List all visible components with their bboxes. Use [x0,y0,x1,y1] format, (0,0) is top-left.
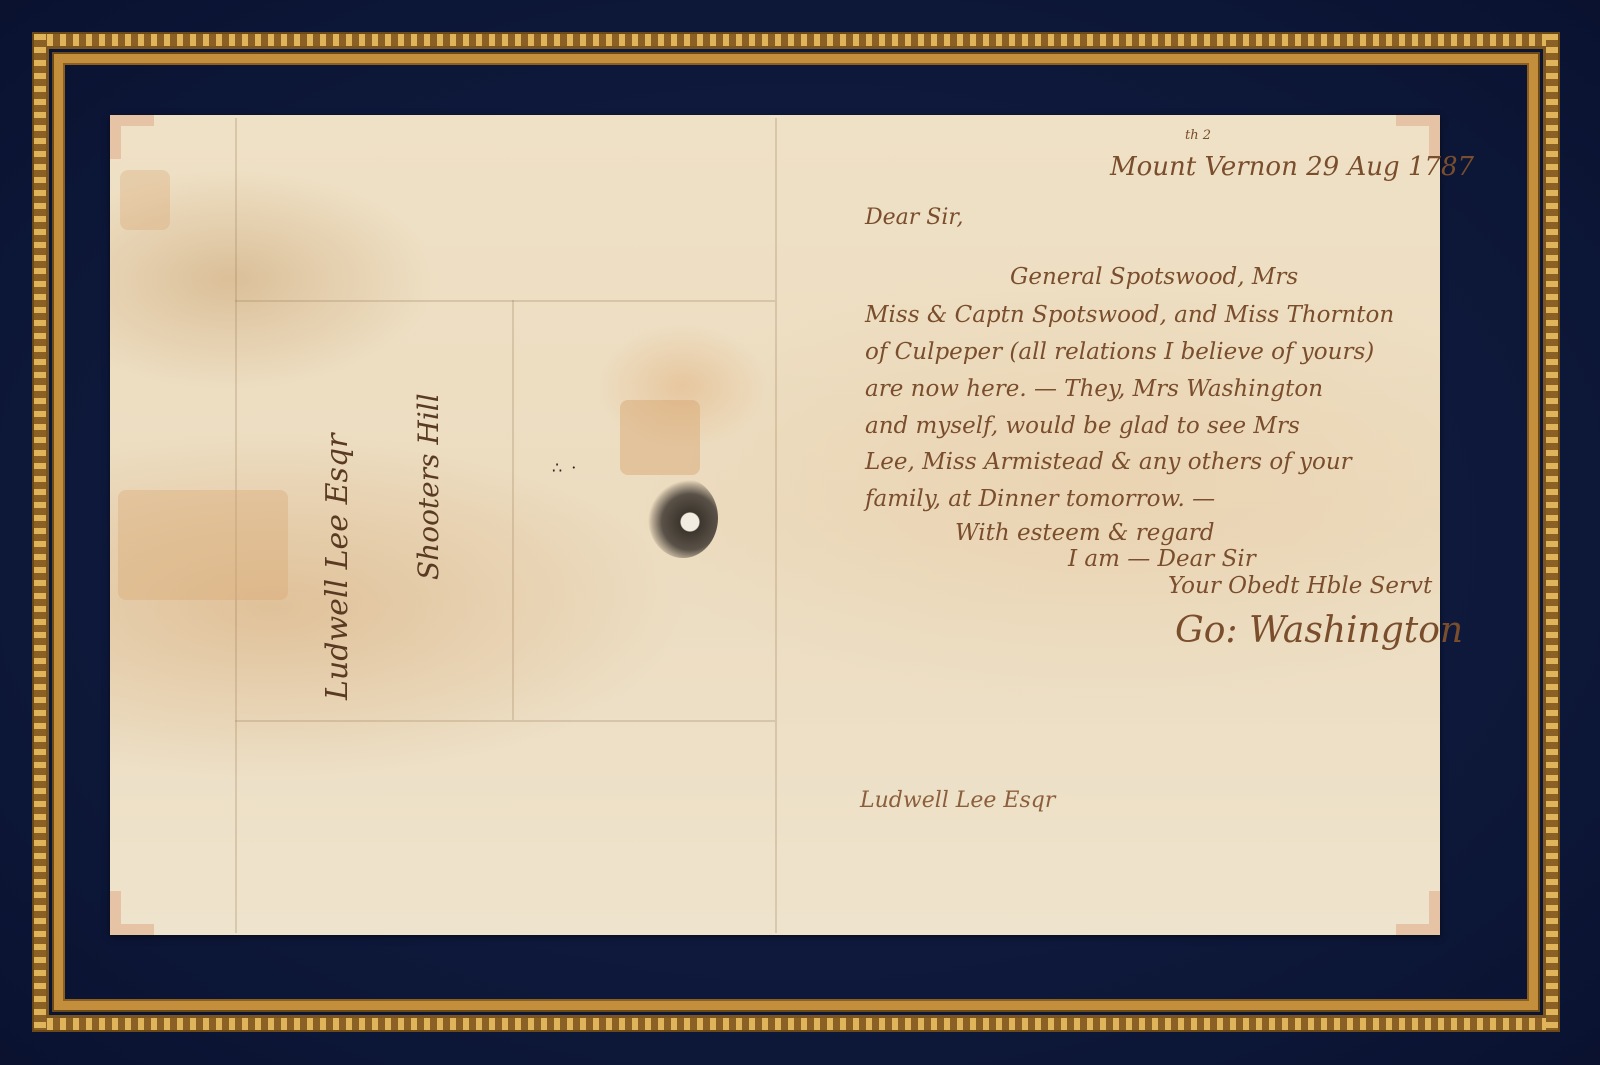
body-line: family, at Dinner tomorrow. — [865,486,1215,512]
water-stain [118,490,288,600]
body-line: Lee, Miss Armistead & any others of your [865,449,1352,475]
closing-line: With esteem & regard [955,520,1215,546]
body-line: General Spotswood, Mrs [1010,264,1298,290]
body-line: and myself, would be glad to see Mrs [865,413,1300,439]
fold-line [512,300,514,720]
address-line-1: Ludwell Lee Esqr [320,434,355,700]
fold-line [235,300,775,302]
fold-line [775,118,777,933]
salutation: Dear Sir, [865,205,963,230]
frame-bead-left [34,34,46,1030]
water-stain [620,400,700,475]
dateline: Mount Vernon 29 Aug 1787 [1110,152,1474,182]
signature: Go: Washington [1175,610,1463,651]
body-line: are now here. — They, Mrs Washington [865,376,1323,402]
closing-line: Your Obedt Hble Servt [1168,573,1432,599]
fold-line [235,720,775,722]
closing-line: I am — Dear Sir [1068,546,1256,572]
frame-bead-bottom [34,1018,1558,1030]
frame-bead-top [34,34,1558,46]
wax-seal-remnant [648,478,718,558]
ink-dots: ∴ · [552,458,578,477]
water-stain [120,170,170,230]
body-line: Miss & Captn Spotswood, and Miss Thornto… [865,302,1394,328]
address-line-2: Shooters Hill [412,393,445,580]
frame-bead-right [1546,34,1558,1030]
dateline-superscripts: th 2 [1185,128,1211,143]
body-line: of Culpeper (all relations I believe of … [865,339,1374,365]
recipient-line: Ludwell Lee Esqr [860,788,1055,813]
